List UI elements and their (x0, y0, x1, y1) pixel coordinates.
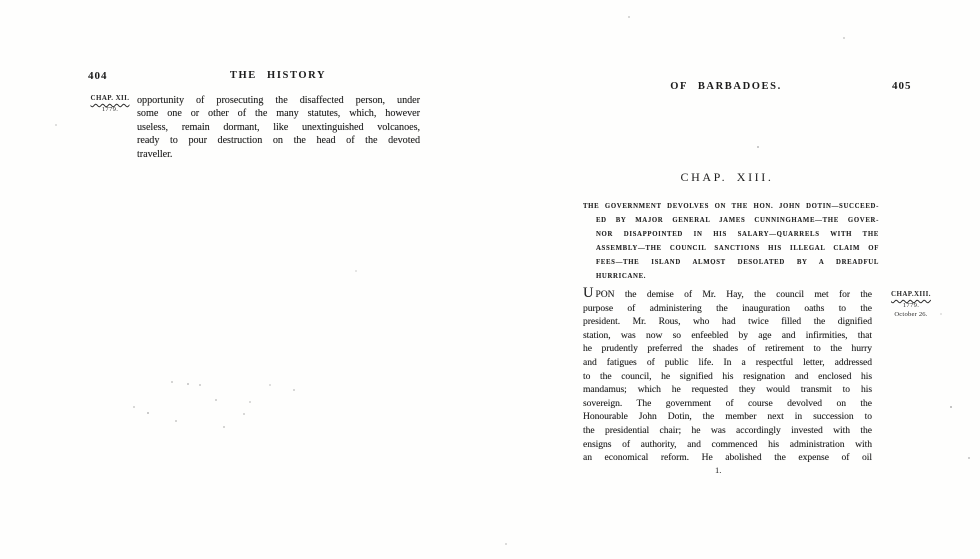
right-running-header: OF BARBADOES. (626, 81, 826, 92)
body-line: ensigns of authority, and commenced his … (583, 438, 872, 452)
body-line: the presidential chair; he was according… (583, 424, 872, 438)
summary-line: NOR DISAPPOINTED IN HIS SALARY—QUARRELS … (583, 228, 879, 242)
right-body-paragraph: UPON the demise of Mr. Hay, the council … (583, 288, 872, 465)
body-line: and fatigues of public life. In a respec… (583, 356, 872, 370)
body-line: Honourable John Dotin, the member next i… (583, 410, 872, 424)
left-running-header: THE HISTORY (178, 70, 378, 81)
body-line: UPON the demise of Mr. Hay, the council … (583, 288, 872, 302)
left-margin-year: 1779. (82, 106, 138, 114)
book-scan: 404 THE HISTORY CHAP. XII. 1779. opportu… (0, 0, 980, 559)
summary-line: FEES—THE ISLAND ALMOST DESOLATED BY A DR… (583, 256, 879, 270)
right-page-number: 405 (892, 80, 912, 92)
left-page-number: 404 (88, 70, 108, 82)
left-body-paragraph: opportunity of prosecuting the disaffect… (137, 94, 420, 161)
body-line: sovereign. The government of course devo… (583, 397, 872, 411)
chapter-heading: CHAP. XIII. (627, 170, 827, 185)
right-margin-date: October 26. (883, 311, 939, 319)
left-margin-chapter: CHAP. XII. (91, 95, 130, 103)
body-line: purpose of administering the inauguratio… (583, 302, 872, 316)
chapter-summary: THE GOVERNMENT DEVOLVES ON THE HON. JOHN… (583, 200, 879, 284)
body-line: mandamus; which he requested they would … (583, 383, 872, 397)
body-line: to the council, he signified his resigna… (583, 370, 872, 384)
body-line: he prudently preferred the shades of ret… (583, 342, 872, 356)
body-line: station, was now so enfeebled by age and… (583, 329, 872, 343)
summary-line: ED BY MAJOR GENERAL JAMES CUNNINGHAME—TH… (583, 214, 879, 228)
body-line: ready to pour destruction on the head of… (137, 134, 420, 147)
signature-mark: 1. (715, 465, 721, 475)
body-line: an economical reform. He abolished the e… (583, 451, 872, 465)
body-line: some one or other of the many statutes, … (137, 107, 420, 120)
summary-line: THE GOVERNMENT DEVOLVES ON THE HON. JOHN… (583, 200, 879, 214)
summary-line: HURRICANE. (583, 270, 879, 284)
body-line: opportunity of prosecuting the disaffect… (137, 94, 420, 107)
body-line: traveller. (137, 148, 420, 161)
right-margin-chapter: CHAP.XIII. (891, 291, 931, 299)
right-margin-note: CHAP.XIII. 1779. October 26. (883, 288, 939, 319)
body-line: president. Mr. Rous, who had twice fille… (583, 315, 872, 329)
scan-noise-specks (0, 0, 2, 2)
left-margin-note: CHAP. XII. 1779. (82, 92, 138, 114)
body-line: useless, remain dormant, like unextingui… (137, 121, 420, 134)
right-margin-year: 1779. (883, 302, 939, 310)
summary-line: ASSEMBLY—THE COUNCIL SANCTIONS HIS ILLEG… (583, 242, 879, 256)
